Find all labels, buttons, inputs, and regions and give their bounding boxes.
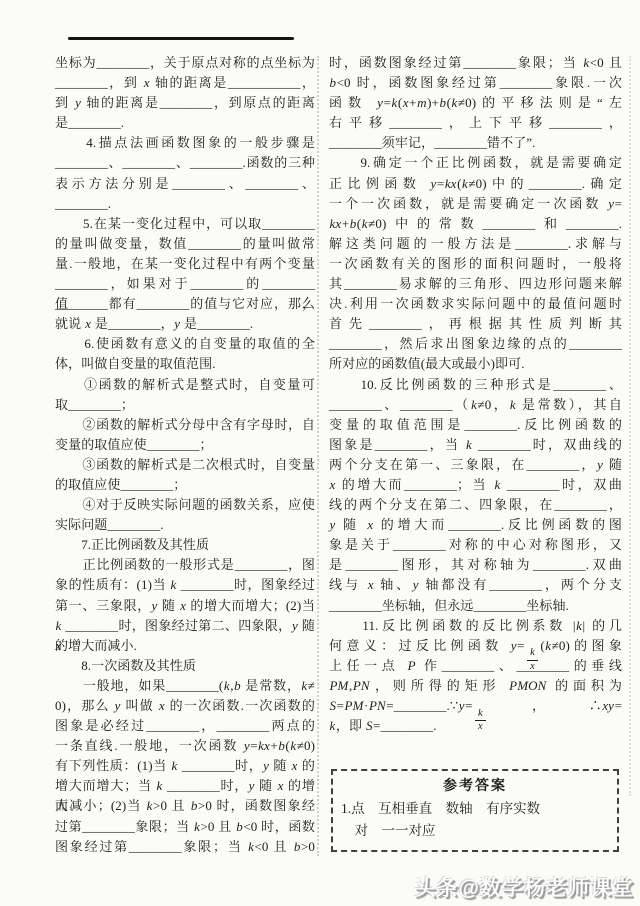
text-line: 对 一一对应 bbox=[341, 820, 609, 842]
text-line: y 随 x 的增大而________.反比例函数的图 bbox=[329, 515, 622, 535]
right-column: 时，函数图象经过第________象限；当 k<0 且b<0 时，函数图象经过第… bbox=[329, 53, 622, 736]
text-line: 第一、三象限，y 随 x 的增大而增大；(2)当 bbox=[55, 596, 315, 616]
text-line: 象是关于________对称的中心对称图形，又 bbox=[329, 535, 622, 555]
text-line: 到 y 轴的距离是________，到原点的距离 bbox=[55, 93, 315, 113]
text-line: 5.在某一变化过程中，可以取________ bbox=[55, 214, 315, 234]
text-line: 所对应的函数值(最大或最小)即可. bbox=[329, 354, 622, 374]
text-line: 解这类问题的一般方法是________.求解与 bbox=[329, 234, 622, 254]
text-line: 右平移________，上下平移________， bbox=[329, 113, 622, 133]
text-line: 4.描点法画函数图象的一般步骤是 bbox=[55, 133, 315, 153]
text-line: 0)，那么 y 叫做 x 的一次函数.一次函数的 bbox=[55, 696, 315, 716]
text-line: 的量叫做变量，数值________的量叫做常 bbox=[55, 234, 315, 254]
text-line: ③函数的解析式是二次根式时，自变量 bbox=[55, 455, 315, 475]
text-line: 线与 x 轴、y 轴都没有________，两个分支 bbox=[329, 575, 622, 595]
text-line: ________，如果对于________的________值， bbox=[55, 274, 315, 294]
text-line: 有下列性质：(1)当 k ________时，y 随 x 的 bbox=[55, 756, 315, 776]
text-line: 一般地，如果________(k,b 是常数，k≠ bbox=[55, 676, 315, 696]
left-column: 坐标为________，关于原点对称的点坐标为________，到 x 轴的距离… bbox=[55, 53, 315, 857]
right-edge-dots bbox=[629, 56, 631, 796]
text-line: ________都有________的值与它对应，那么 bbox=[55, 294, 315, 314]
text-line: 线的两个分支在第二、四象限，在________， bbox=[329, 495, 622, 515]
text-line: 上任一点 P 作________、________的垂线 bbox=[329, 656, 622, 676]
text-line: 一个一次函数，就是需要确定一次函数 y= bbox=[329, 194, 622, 214]
top-divider-line bbox=[68, 37, 294, 40]
text-line: 正比例函数 y=kx(k≠0)中的________.确定 bbox=[329, 174, 622, 194]
text-line: 10.反比例函数的三种形式是________、 bbox=[329, 375, 622, 395]
text-line: 图象是必经过________，________两点的 bbox=[55, 716, 315, 736]
fraction: kx bbox=[475, 709, 487, 733]
answer-box-title: 参考答案 bbox=[341, 776, 609, 798]
text-line: 增大而增大；当 k ________时，y 随 x 的增大 bbox=[55, 776, 315, 796]
text-line: ①函数的解析式是整式时，自变量可 bbox=[55, 375, 315, 395]
text-line: 表示方法分别是________、________、 bbox=[55, 174, 315, 194]
text-line: kx+b(k≠0)中的常数________和________. bbox=[329, 214, 622, 234]
text-line: 变量的取值应使________； bbox=[55, 435, 315, 455]
text-line: 其________易求解的三角形、四边形问题来解 bbox=[329, 274, 622, 294]
column-divider bbox=[317, 56, 319, 856]
text-line: ________，然后求出图象边缘的点的________ bbox=[329, 334, 622, 354]
text-line: b<0 时，函数图象经过第________象限.一次 bbox=[329, 73, 622, 93]
text-line: 实际问题________. bbox=[55, 515, 315, 535]
answer-box: 参考答案 1.点 互相垂直 数轴 有序实数 对 一一对应 bbox=[331, 769, 619, 852]
text-line: 1.点 互相垂直 数轴 有序实数 bbox=[341, 798, 609, 820]
text-line: 9.确定一个正比例函数，就是需要确定 bbox=[329, 153, 622, 173]
text-line: k ________时，图象经过第二、四象限，y 随 x bbox=[55, 616, 315, 636]
text-line: 象的性质有：(1)当 k ________时，图象经过 bbox=[55, 575, 315, 595]
text-line: 而减小；(2)当 k>0 且 b>0 时，函数图象经 bbox=[55, 796, 315, 816]
text-line: ________、________（k≠0，k 是常数），其自 bbox=[329, 395, 622, 415]
text-line: 是________. bbox=[55, 113, 315, 133]
text-line: 是________图形，其对称轴为________.双曲 bbox=[329, 555, 622, 575]
text-line: 的取值应使________； bbox=[55, 475, 315, 495]
text-line: ________，到 x 轴的距离是___________， bbox=[55, 73, 315, 93]
text-line: 量.一般地，在某一变化过程中有两个变量 bbox=[55, 254, 315, 274]
text-line: 的增大而减小. bbox=[55, 636, 315, 656]
text-line: 两个分支在第一、三象限，在________，y 随 bbox=[329, 455, 622, 475]
text-line: ________坐标轴，但永远________坐标轴. bbox=[329, 596, 622, 616]
text-line: 坐标为________，关于原点对称的点坐标为 bbox=[55, 53, 315, 73]
text-line: 何意义：过反比例函数 y=kx(k≠0)的图象 bbox=[329, 636, 622, 656]
text-line: ________. bbox=[55, 194, 315, 214]
text-line: 时，函数图象经过第________象限；当 k<0 且 bbox=[329, 53, 622, 73]
text-line: 6.使函数有意义的自变量的取值的全 bbox=[55, 334, 315, 354]
watermark: 头条@数学杨老师课堂 bbox=[415, 872, 634, 902]
text-line: 函数 y=k(x+m)+b(k≠0)的平移法则是“左 bbox=[329, 93, 622, 113]
text-line: x 的增大而________；当 k ________时，双曲 bbox=[329, 475, 622, 495]
text-line: 就说 x 是________，y 是________. bbox=[55, 314, 315, 334]
text-line: ________须牢记，________错不了”. bbox=[329, 133, 622, 153]
text-line: ④对于反映实际问题的函数关系，应使 bbox=[55, 495, 315, 515]
text-line: 首先________，再根据其性质判断其 bbox=[329, 314, 622, 334]
text-line: 一次函数有关的图形的面积问题时，一般将 bbox=[329, 254, 622, 274]
text-line: 变量的取值范围是________.反比例函数的 bbox=[329, 415, 622, 435]
text-line: ________、________、________.函数的三种 bbox=[55, 153, 315, 173]
text-line: 正比例函数的一般形式是________，图 bbox=[55, 555, 315, 575]
text-line: 8.一次函数及其性质 bbox=[55, 656, 315, 676]
text-line: ②函数的解析式分母中含有字母时，自 bbox=[55, 415, 315, 435]
text-line: 取________； bbox=[55, 395, 315, 415]
worksheet-page: 坐标为________，关于原点对称的点坐标为________，到 x 轴的距离… bbox=[0, 0, 640, 906]
text-line: 图象经过第________象限；当 k<0 且 b>0 bbox=[55, 837, 315, 857]
text-line: 体，叫做自变量的取值范围. bbox=[55, 354, 315, 374]
text-line: 图象是________，当 k ________时，双曲线的 bbox=[329, 435, 622, 455]
text-line: 11.反比例函数的反比例系数 |k| 的几 bbox=[329, 616, 622, 636]
text-line: 一条直线.一般地，一次函数 y=kx+b(k≠0) bbox=[55, 736, 315, 756]
text-line: 7.正比例函数及其性质 bbox=[55, 535, 315, 555]
text-line: S=PM·PN=________.∵y=kx，∴xy= bbox=[329, 696, 622, 716]
answer-box-lines: 1.点 互相垂直 数轴 有序实数 对 一一对应 bbox=[341, 798, 609, 842]
text-line: 决.利用一次函数求实际问题中的最值问题时 bbox=[329, 294, 622, 314]
text-line: 过第________象限；当 k>0 且 b<0 时，函数 bbox=[55, 817, 315, 837]
text-line: PM,PN，则所得的矩形 PMON 的面积为 bbox=[329, 676, 622, 696]
